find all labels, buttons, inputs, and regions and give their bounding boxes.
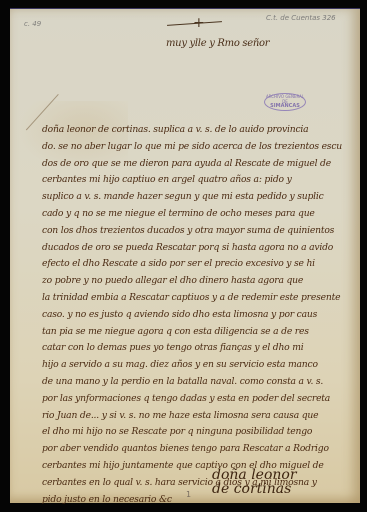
signature: doña leonor de cortinas xyxy=(212,468,297,496)
body-line: do. se no aber lugar lo que mi pe sido a… xyxy=(42,141,360,158)
body-line: cerbantes mi hijo captiuo en argel quatr… xyxy=(42,174,360,191)
archive-stamp: ARCHIVO GENERAL DE SIMANCAS xyxy=(264,93,306,111)
body-line: con los dhos trezientos ducados y otra m… xyxy=(42,225,360,242)
body-line: caso. y no es justo q aviendo sido dho e… xyxy=(42,309,360,326)
body-line: cerbantes mi hijo juntamente que captivo… xyxy=(42,460,360,477)
body-line: hijo a servido a su mag. diez años y en … xyxy=(42,359,360,376)
body-line: zo pobre y no puedo allegar el dho diner… xyxy=(42,275,360,292)
body-line: ducados de oro se pueda Rescatar porq si… xyxy=(42,242,360,259)
header-cross-icon: + xyxy=(193,16,205,30)
body-line: la trinidad embia a Rescatar captiuos y … xyxy=(42,292,360,309)
archive-reference-left: c. 49 xyxy=(24,20,41,28)
body-line: dos de oro que se me dieron para ayuda a… xyxy=(42,158,360,175)
salutation: muy ylle y Rmo señor xyxy=(166,38,269,49)
body-line: efecto el dho Rescate a sido por ser el … xyxy=(42,258,360,275)
body-line: por aber vendido quantos bienes tengo pa… xyxy=(42,443,360,460)
body-line: catar con lo demas pues yo tengo otras f… xyxy=(42,342,360,359)
body-line: cado y q no se me niegue el termino de o… xyxy=(42,208,360,225)
body-line: cerbantes en lo qual v. s. hara servicio… xyxy=(42,477,360,494)
body-line: de una mano y la perdio en la batalla na… xyxy=(42,376,360,393)
stamp-line-3: SIMANCAS xyxy=(265,104,305,109)
signature-line-1: doña leonor xyxy=(212,468,297,482)
body-line: pido justo en lo necesario &c xyxy=(42,494,360,511)
body-line: suplico a v. s. mande hazer segun y que … xyxy=(42,191,360,208)
body-line: el dho mi hijo no se Rescate por q ningu… xyxy=(42,426,360,443)
letter-body: doña leonor de cortinas. suplica a v. s.… xyxy=(42,124,360,510)
body-line: tan pia se me niegue agora q con esta di… xyxy=(42,326,360,343)
body-line: por las ynformaciones q tengo dadas y es… xyxy=(42,393,360,410)
body-line: doña leonor de cortinas. suplica a v. s.… xyxy=(42,124,360,141)
archive-reference-right: C.t. de Cuentas 326 xyxy=(266,14,336,22)
folio-mark: 1 xyxy=(186,490,191,499)
body-line: rio Juan de... y si v. s. no me haze est… xyxy=(42,410,360,427)
signature-line-2: de cortinas xyxy=(212,482,297,496)
